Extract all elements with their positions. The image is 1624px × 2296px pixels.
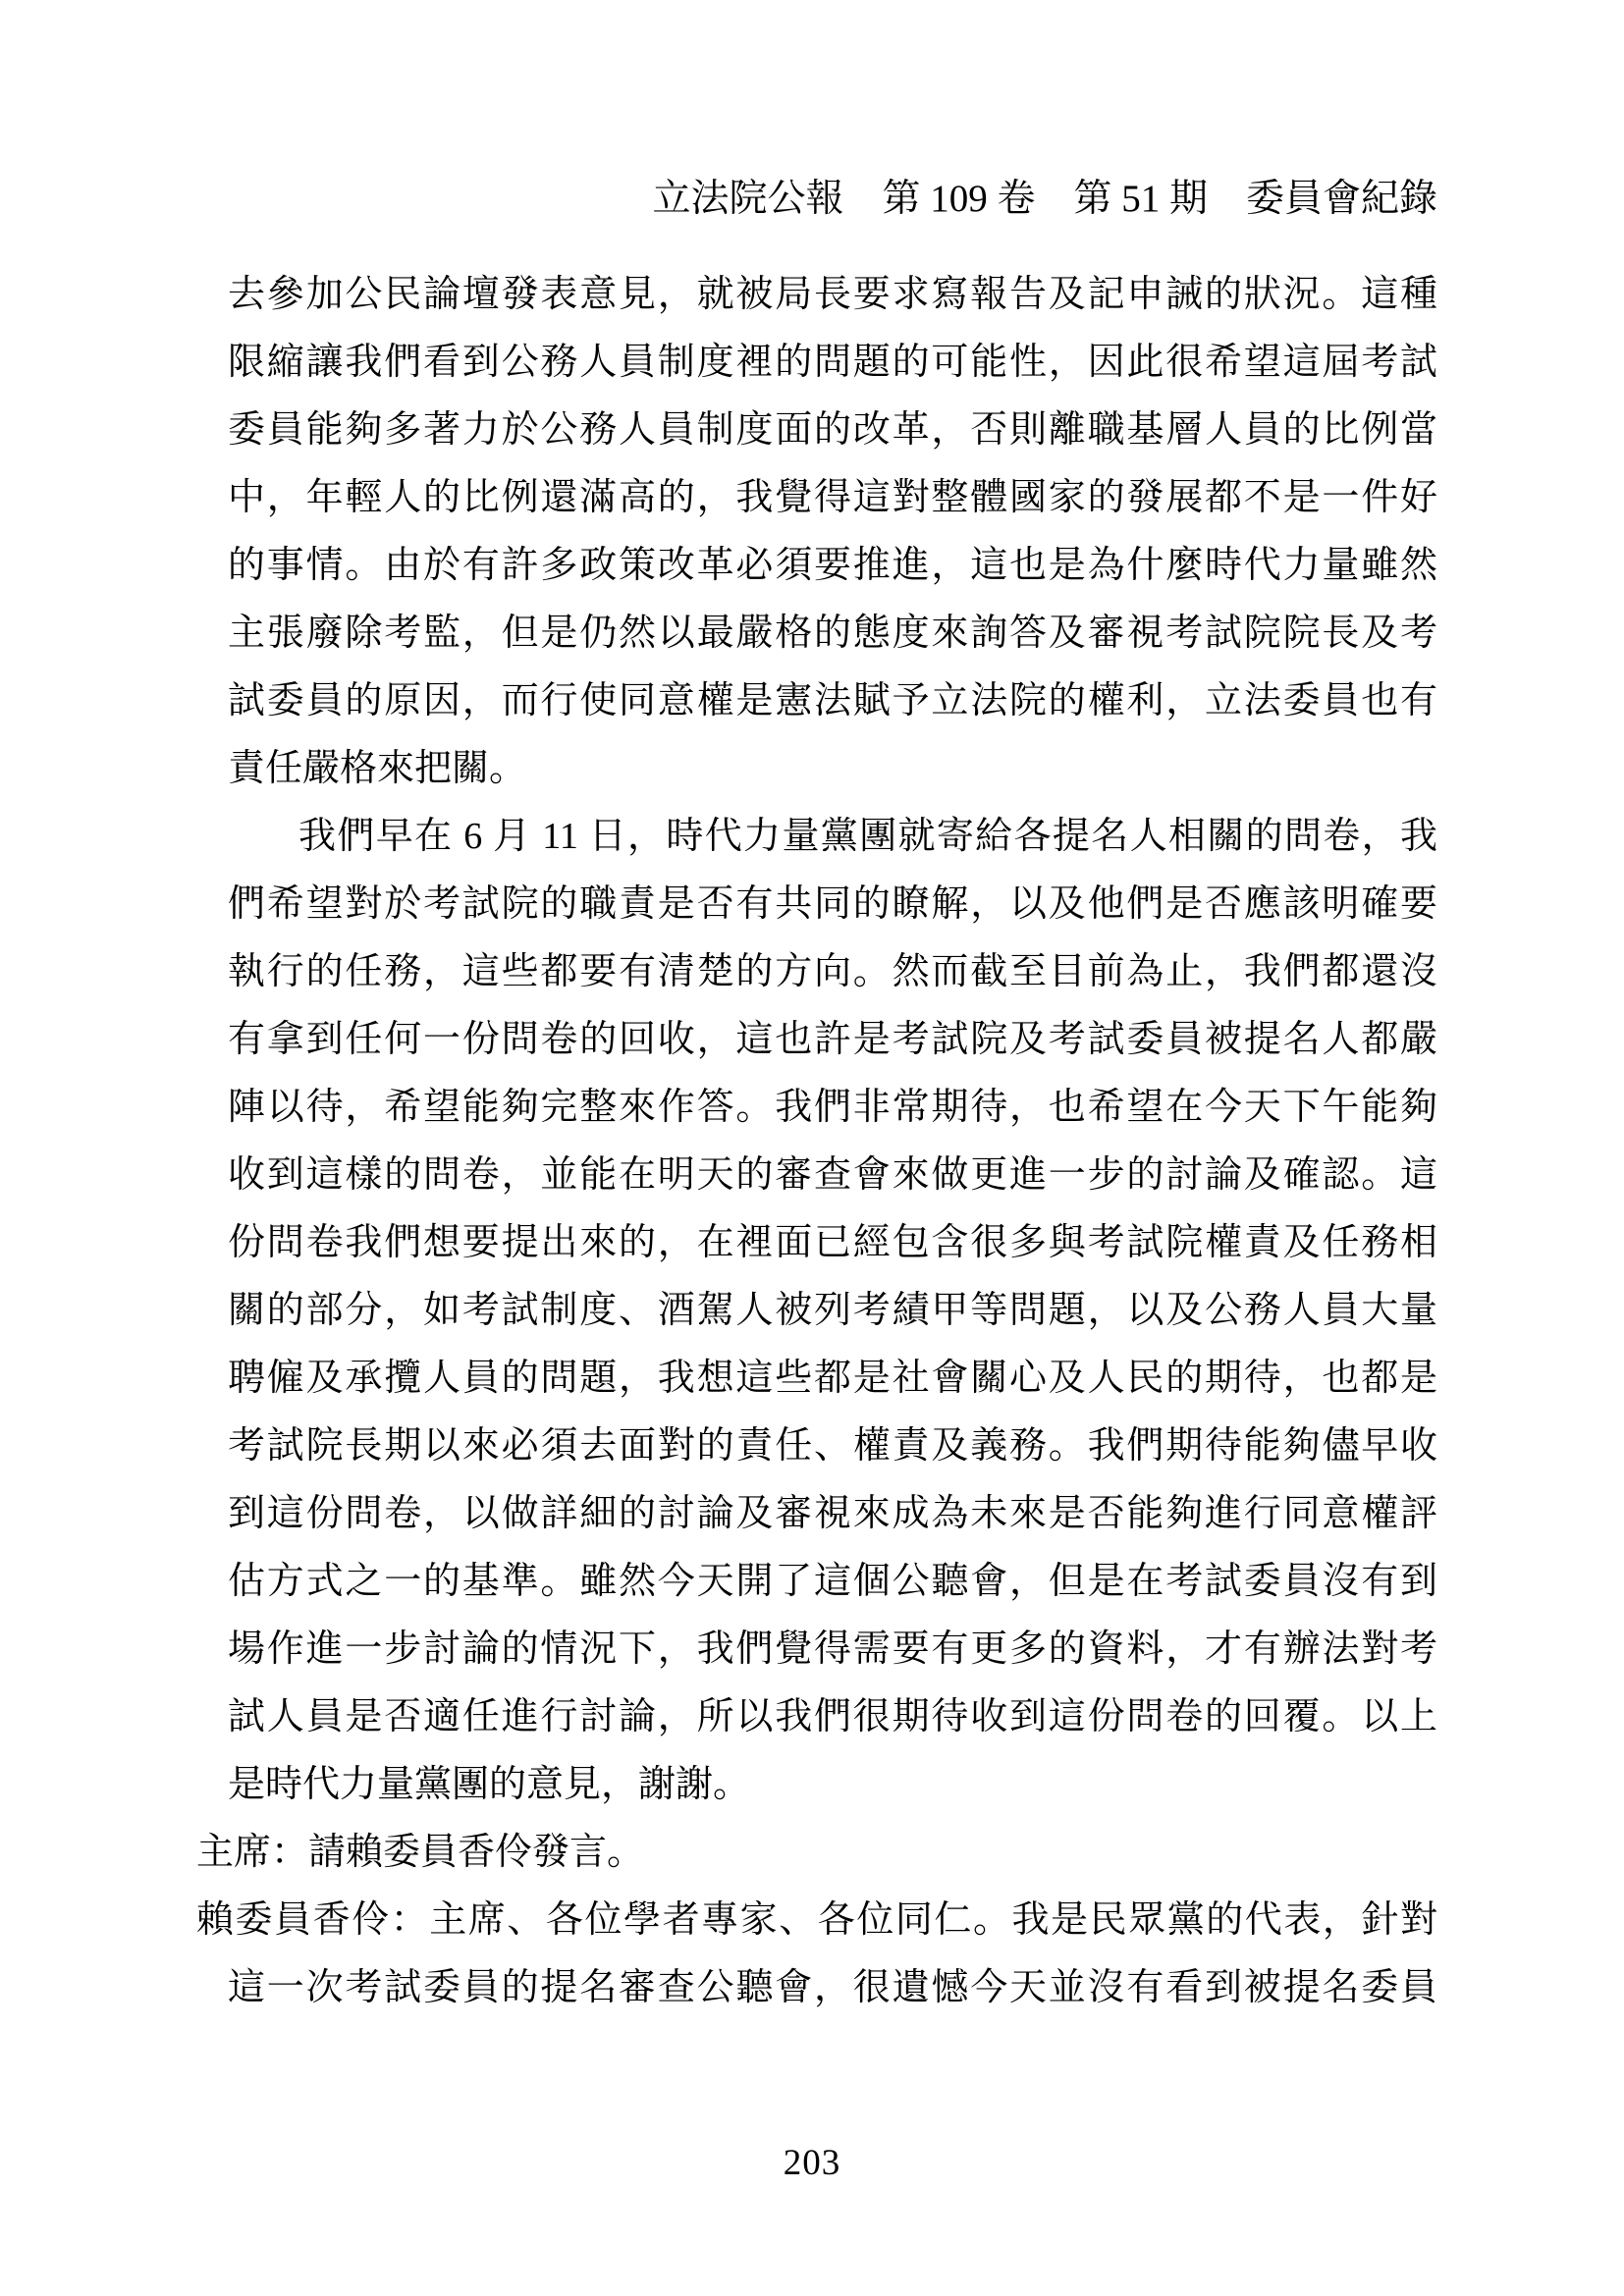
text-line: 執行的任務，這些都要有清楚的方向。然而截至目前為止，我們都還沒 [228,938,1437,1006]
text-line: 去參加公民論壇發表意見，就被局長要求寫報告及記申誡的狀況。這種 [228,261,1437,329]
text-line: 委員能夠多著力於公務人員制度面的改革，否則離職基層人員的比例當 [228,397,1437,464]
text-line: 主席：請賴委員香伶發言。 [196,1819,1437,1887]
text-line: 們希望對於考試院的職責是否有共同的瞭解，以及他們是否應該明確要 [228,871,1437,938]
gazette-header: 立法院公報 第 109 卷 第 51 期 委員會紀錄 [196,177,1437,222]
text-line: 考試院長期以來必須去面對的責任、權責及義務。我們期待能夠儘早收 [228,1413,1437,1480]
text-line: 關的部分，如考試制度、酒駕人被列考績甲等問題，以及公務人員大量 [228,1277,1437,1345]
text-line: 是時代力量黨團的意見，謝謝。 [228,1751,1437,1819]
text-line: 收到這樣的問卷，並能在明天的審查會來做更進一步的討論及確認。這 [228,1142,1437,1209]
text-line: 有拿到任何一份問卷的回收，這也許是考試院及考試委員被提名人都嚴 [228,1006,1437,1074]
text-line: 聘僱及承攬人員的問題，我想這些都是社會關心及人民的期待，也都是 [228,1345,1437,1413]
text-line: 主張廢除考監，但是仍然以最嚴格的態度來詢答及審視考試院院長及考 [228,600,1437,667]
text-line: 試委員的原因，而行使同意權是憲法賦予立法院的權利，立法委員也有 [228,667,1437,735]
text-line: 限縮讓我們看到公務人員制度裡的問題的可能性，因此很希望這屆考試 [228,329,1437,397]
text-line: 試人員是否適任進行討論，所以我們很期待收到這份問卷的回覆。以上 [228,1683,1437,1751]
page-number: 203 [0,2142,1624,2185]
text-line: 賴委員香伶：主席、各位學者專家、各位同仁。我是民眾黨的代表，針對 [196,1887,1437,1954]
text-line: 的事情。由於有許多政策改革必須要推進，這也是為什麼時代力量雖然 [228,532,1437,600]
text-line: 場作進一步討論的情況下，我們覺得需要有更多的資料，才有辦法對考 [228,1616,1437,1683]
text-line: 我們早在 6 月 11 日，時代力量黨團就寄給各提名人相關的問卷，我 [228,803,1437,871]
text-line: 估方式之一的基準。雖然今天開了這個公聽會，但是在考試委員沒有到 [228,1548,1437,1616]
text-line: 份問卷我們想要提出來的，在裡面已經包含很多與考試院權責及任務相 [228,1209,1437,1277]
text-line: 這一次考試委員的提名審查公聽會，很遺憾今天並沒有看到被提名委員 [228,1954,1437,2022]
text-line: 中，年輕人的比例還滿高的，我覺得這對整體國家的發展都不是一件好 [228,464,1437,532]
text-line: 責任嚴格來把關。 [228,735,1437,803]
document-page: 立法院公報 第 109 卷 第 51 期 委員會紀錄 去參加公民論壇發表意見，就… [0,0,1624,2296]
body-text: 去參加公民論壇發表意見，就被局長要求寫報告及記申誡的狀況。這種限縮讓我們看到公務… [196,261,1437,2022]
text-line: 到這份問卷，以做詳細的討論及審視來成為未來是否能夠進行同意權評 [228,1480,1437,1548]
text-line: 陣以待，希望能夠完整來作答。我們非常期待，也希望在今天下午能夠 [228,1074,1437,1142]
